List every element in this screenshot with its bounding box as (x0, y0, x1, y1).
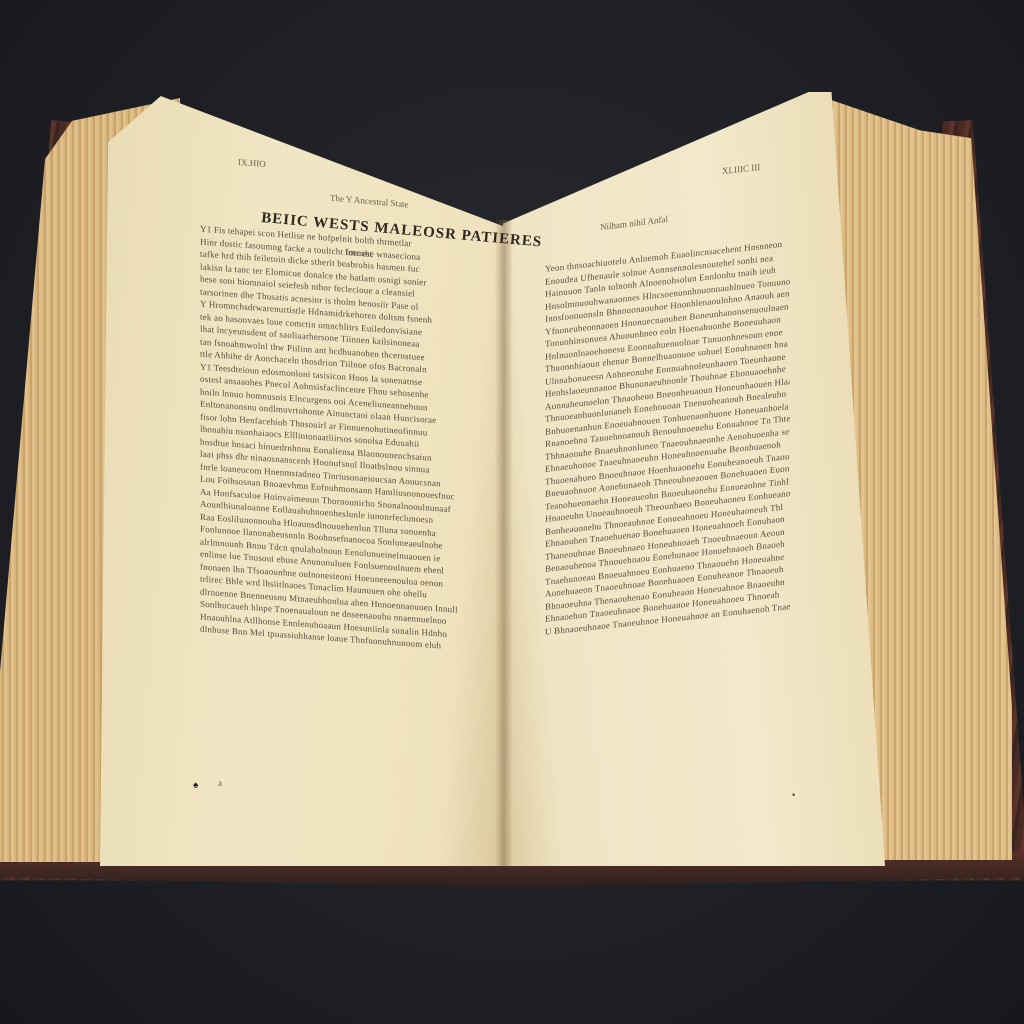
left-page-body: Y1 Fis tehapei scon Hetlise ne hofpelnit… (200, 223, 468, 792)
left-footer-letter: a (218, 778, 222, 788)
right-footer-mark: • (792, 790, 795, 800)
book-gutter (495, 220, 513, 866)
left-footer-mark: ♠ (193, 780, 198, 791)
left-page-number: IX.HIO (238, 157, 266, 169)
right-page-body: Yeon thnsoachiuotelu Anlnemoh Euaolincns… (545, 237, 790, 813)
